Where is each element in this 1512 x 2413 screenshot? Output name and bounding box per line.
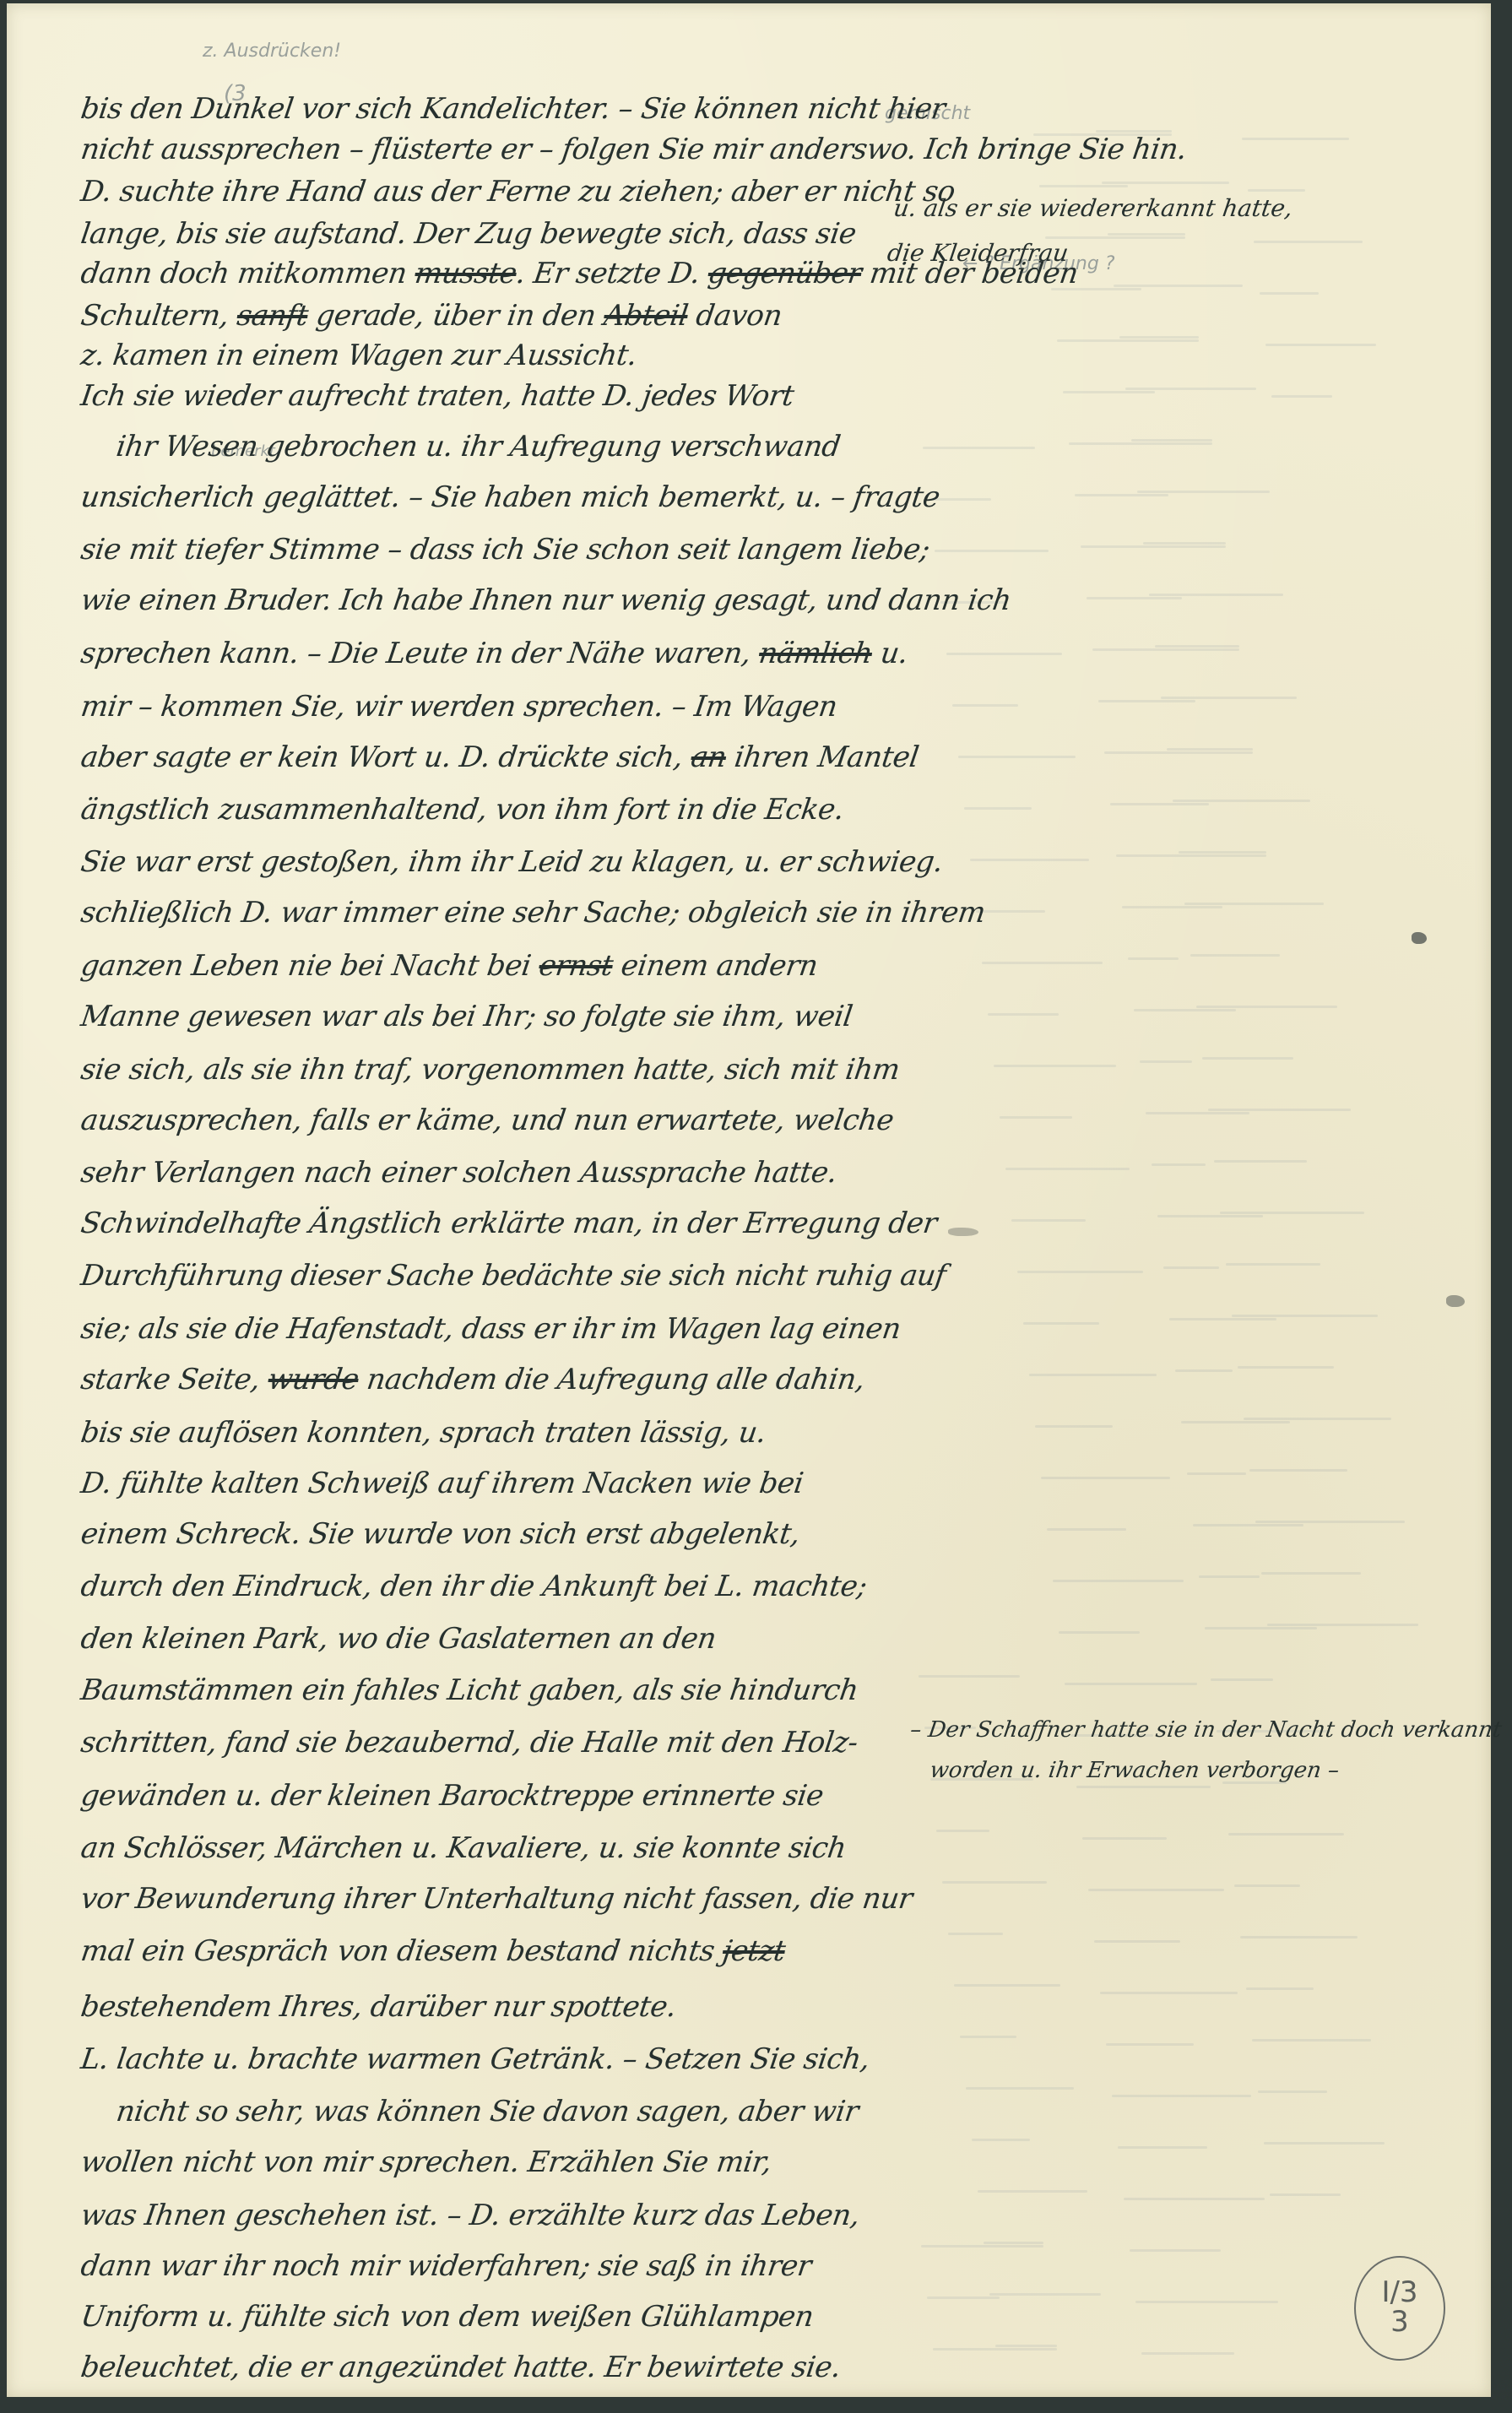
bleed-stroke	[1270, 2193, 1341, 2196]
bleed-stroke	[1143, 542, 1226, 545]
bleed-stroke	[933, 2348, 1057, 2351]
manuscript-line: D. fühlte kalten Schweiß auf ihrem Nacke…	[79, 1469, 805, 1498]
bleed-stroke	[1005, 1168, 1130, 1170]
bleed-stroke	[948, 1933, 1003, 1935]
manuscript-line: dann doch mitkommen musste. Er setzte D.…	[79, 259, 1080, 288]
line-text: an Schlösser, Märchen u. Kavaliere, u. s…	[79, 1831, 848, 1865]
manuscript-line: auszusprechen, falls er käme, und nun er…	[79, 1106, 896, 1135]
folio-sheet: 3	[1390, 2307, 1409, 2338]
ink-blot	[948, 1228, 978, 1236]
bleed-stroke	[989, 2293, 1101, 2296]
bleed-stroke	[978, 2190, 1087, 2193]
bleed-stroke	[1102, 182, 1229, 184]
manuscript-line: ängstlich zusammenhaltend, von ihm fort …	[79, 795, 846, 824]
line-text: davon	[686, 299, 784, 333]
bleed-stroke	[1131, 439, 1212, 442]
bleed-stroke	[982, 962, 1103, 964]
bleed-stroke	[966, 2087, 1074, 2090]
bleed-stroke	[1124, 2198, 1265, 2200]
bleed-stroke	[984, 2242, 1043, 2244]
line-text: Manne gewesen war als bei Ihr; so folgte…	[79, 1000, 854, 1033]
manuscript-line: wollen nicht von mir sprechen. Erzählen …	[79, 2148, 773, 2177]
line-text: mir – kommen Sie, wir werden sprechen. –…	[79, 690, 839, 724]
bleed-stroke	[1041, 1477, 1170, 1479]
line-text: schritten, fand sie bezaubernd, die Hall…	[79, 1726, 859, 1760]
bleed-stroke	[1116, 854, 1266, 857]
bleed-stroke	[1118, 2146, 1207, 2149]
bleed-stroke	[1082, 1837, 1167, 1840]
bleed-stroke	[1065, 1683, 1197, 1685]
bleed-stroke	[1211, 1678, 1273, 1681]
manuscript-line: z. kamen in einem Wagen zur Aussicht.	[79, 341, 639, 370]
bleed-stroke	[919, 1675, 1020, 1678]
manuscript-line: durch den Eindruck, den ihr die Ankunft …	[79, 1572, 869, 1601]
manuscript-line: L. lachte u. brachte warmen Getränk. – S…	[79, 2045, 872, 2074]
line-text: lange, bis sie aufstand. Der Zug bewegte…	[79, 217, 858, 251]
bleed-stroke	[1035, 1425, 1113, 1428]
manuscript-line: einem Schreck. Sie wurde von sich erst a…	[79, 1520, 802, 1548]
manuscript-line: D. suchte ihre Hand aus der Ferne zu zie…	[79, 177, 957, 206]
line-text: sie sich, als sie ihn traf, vorgenommen …	[79, 1053, 902, 1087]
bleed-stroke	[1232, 1315, 1378, 1317]
bleed-stroke	[1149, 594, 1283, 596]
struck-word: an	[689, 740, 729, 774]
line-text: unsicherlich geglättet. – Sie haben mich…	[79, 480, 941, 514]
line-text: ganzen Leben nie bei Nacht bei	[79, 949, 541, 983]
bleed-stroke	[1094, 1940, 1180, 1943]
bleed-stroke	[1228, 1833, 1344, 1836]
manuscript-line: sprechen kann. – Die Leute in der Nähe w…	[79, 639, 910, 668]
bleed-stroke	[1106, 2043, 1194, 2046]
struck-word: jetzt	[720, 1934, 787, 1968]
manuscript-line: starke Seite, wurde nachdem die Aufregun…	[79, 1365, 867, 1394]
bleed-stroke	[1104, 751, 1253, 754]
bleed-stroke	[921, 2245, 1043, 2248]
bleed-stroke	[1141, 2352, 1234, 2355]
bleed-stroke	[1069, 442, 1212, 445]
folio-number: I/3	[1381, 2278, 1417, 2307]
line-text: bis den Dunkel vor sich Kandelichter. – …	[79, 92, 947, 126]
bleed-stroke	[1240, 1936, 1358, 1939]
manuscript-line: Schwindelhafte Ängstlich erklärte man, i…	[79, 1209, 939, 1238]
bleed-stroke	[1088, 1889, 1224, 1891]
bleed-stroke	[1059, 1631, 1140, 1634]
manuscript-line: mal ein Gespräch von diesem bestand nich…	[79, 1937, 787, 1966]
line-text: D. suchte ihre Hand aus der Ferne zu zie…	[79, 175, 957, 209]
bleed-stroke	[1112, 2095, 1251, 2097]
bleed-stroke	[1053, 1580, 1184, 1582]
line-text: einem andern	[610, 949, 820, 983]
line-text: L. lachte u. brachte warmen Getränk. – S…	[79, 2042, 871, 2076]
bleed-stroke	[1267, 1624, 1418, 1626]
bleed-stroke	[1146, 1112, 1249, 1114]
line-text: u.	[870, 637, 910, 670]
line-text: aber sagte er kein Wort u. D. drückte si…	[79, 740, 693, 774]
manuscript-line: ihr Wesen gebrochen u. ihr Aufregung ver…	[115, 432, 843, 461]
line-text: gewänden u. der kleinen Barocktreppe eri…	[79, 1779, 826, 1813]
bleed-stroke	[1163, 1266, 1219, 1269]
bleed-stroke	[1199, 1575, 1260, 1578]
bleed-stroke	[1184, 903, 1324, 905]
manuscript-line: vor Bewunderung ihrer Unterhaltung nicht…	[79, 1884, 914, 1913]
manuscript-line: schließlich D. war immer eine sehr Sache…	[79, 898, 987, 927]
manuscript-line: Sie war erst gestoßen, ihm ihr Leid zu k…	[79, 848, 945, 876]
bleed-stroke	[1167, 748, 1253, 751]
line-text: den kleinen Park, wo die Gaslaternen an …	[79, 1622, 718, 1656]
line-text: dann war ihr noch mir widerfahren; sie s…	[79, 2249, 813, 2283]
bleed-stroke	[970, 859, 1089, 861]
bleed-stroke	[1244, 1418, 1391, 1420]
line-text: auszusprechen, falls er käme, und nun er…	[79, 1103, 896, 1137]
manuscript-line: dann war ihr noch mir widerfahren; sie s…	[79, 2252, 813, 2280]
line-text: beleuchtet, die er angezündet hatte. Er …	[79, 2351, 843, 2384]
bleed-stroke	[1039, 185, 1128, 187]
bleed-stroke	[988, 1013, 1059, 1016]
bleed-stroke	[935, 550, 1049, 552]
bleed-stroke	[1134, 1009, 1236, 1011]
bleed-stroke	[1181, 1421, 1290, 1423]
line-text: ängstlich zusammenhaltend, von ihm fort …	[79, 793, 846, 827]
line-text: Schwindelhafte Ängstlich erklärte man, i…	[79, 1206, 939, 1240]
manuscript-line: wie einen Bruder. Ich habe Ihnen nur wen…	[79, 586, 1013, 615]
manuscript-line: bis den Dunkel vor sich Kandelichter. – …	[79, 95, 947, 123]
bleed-stroke	[1193, 1524, 1303, 1526]
bleed-stroke	[1075, 494, 1168, 496]
manuscript-line: was Ihnen geschehen ist. – D. erzählte k…	[79, 2201, 862, 2230]
line-text: mal ein Gespräch von diesem bestand nich…	[79, 1934, 725, 1968]
line-text: dann doch mitkommen	[79, 257, 417, 290]
line-text: Uniform u. fühlte sich von dem weißen Gl…	[79, 2300, 816, 2334]
ink-blot	[1446, 1295, 1465, 1307]
bleed-stroke	[954, 1984, 1060, 1987]
bleed-stroke	[1076, 1786, 1211, 1788]
manuscript-line: lange, bis sie aufstand. Der Zug bewegte…	[79, 220, 858, 248]
bleed-stroke	[1119, 336, 1199, 339]
line-text: sie mit tiefer Stimme – dass ich Sie sch…	[79, 533, 932, 567]
bleed-stroke	[1092, 648, 1239, 651]
bleed-stroke	[1226, 1263, 1320, 1266]
bleed-stroke	[936, 1830, 989, 1832]
bleed-stroke	[1135, 2301, 1278, 2303]
line-text: wie einen Bruder. Ich habe Ihnen nur wen…	[79, 583, 1013, 617]
line-text: ihr Wesen gebrochen u. ihr Aufregung ver…	[114, 430, 843, 464]
bleed-stroke	[1011, 1219, 1086, 1222]
bleed-stroke	[960, 2036, 1016, 2038]
bleed-stroke	[1114, 285, 1243, 287]
bleed-stroke	[1081, 545, 1226, 548]
manuscript-line: nicht so sehr, was können Sie davon sage…	[115, 2097, 860, 2126]
bleed-stroke	[1169, 1318, 1276, 1320]
bleed-stroke	[1202, 1057, 1293, 1060]
bleed-stroke	[1187, 1472, 1246, 1475]
bleed-stroke	[927, 2296, 1000, 2299]
bleed-stroke	[1242, 138, 1349, 140]
struck-word: ernst	[537, 949, 615, 983]
struck-word: Abteil	[602, 299, 690, 333]
manuscript-line: beleuchtet, die er angezündet hatte. Er …	[79, 2353, 843, 2382]
manuscript-line: sie; als sie die Hafenstadt, dass er ihr…	[79, 1315, 902, 1343]
bleed-stroke	[994, 1065, 1116, 1067]
manuscript-line: Baumstämmen ein fahles Licht gaben, als …	[79, 1676, 860, 1705]
bleed-stroke	[1190, 954, 1280, 957]
bleed-stroke	[1110, 803, 1209, 805]
line-text: Schultern,	[79, 299, 240, 333]
manuscript-line: ganzen Leben nie bei Nacht bei ernst ein…	[79, 952, 820, 980]
line-text: durch den Eindruck, den ihr die Ankunft …	[79, 1570, 869, 1603]
bleed-stroke	[1161, 697, 1297, 699]
line-text: nachdem die Aufregung alle dahin,	[356, 1363, 867, 1396]
line-text: vor Bewunderung ihrer Unterhaltung nicht…	[79, 1882, 914, 1916]
bleed-stroke	[1023, 1322, 1099, 1325]
bleed-stroke	[1029, 1374, 1157, 1376]
bleed-stroke	[942, 1881, 1047, 1884]
line-text: sprechen kann. – Die Leute in der Nähe w…	[79, 637, 761, 670]
bleed-stroke	[1264, 2142, 1385, 2145]
bleed-stroke	[1261, 1572, 1361, 1575]
line-text: Durchführung dieser Sache bedächte sie s…	[79, 1259, 947, 1293]
line-text: Baumstämmen ein fahles Licht gaben, als …	[79, 1673, 860, 1707]
bleed-stroke	[1271, 395, 1332, 398]
manuscript-page: z. Ausdrücken! (3 gemischt ← ? Ergänzung…	[7, 3, 1491, 2397]
line-text: Ich sie wieder aufrecht traten, hatte D.…	[79, 379, 796, 413]
bleed-stroke	[1252, 2039, 1371, 2042]
line-text: nicht so sehr, was können Sie davon sage…	[114, 2095, 860, 2128]
bleed-stroke	[1246, 1987, 1314, 1990]
bleed-stroke	[1249, 1469, 1347, 1472]
manuscript-line: Schultern, sanft gerade, über in den Abt…	[79, 301, 784, 330]
struck-word: gegenüber	[706, 257, 864, 290]
margin-note-2: – Der Schaffner hatte sie in der Nacht d…	[903, 1717, 1504, 1783]
manuscript-line: Manne gewesen war als bei Ihr; so folgte…	[79, 1002, 854, 1031]
bleed-stroke	[1137, 491, 1270, 493]
manuscript-line: Durchführung dieser Sache bedächte sie s…	[79, 1261, 948, 1290]
bleed-stroke	[1248, 189, 1305, 192]
bleed-stroke	[964, 807, 1032, 810]
bleed-stroke	[952, 704, 1018, 707]
bleed-stroke	[1220, 1212, 1364, 1214]
bleed-stroke	[1017, 1271, 1143, 1273]
struck-word: wurde	[266, 1363, 360, 1396]
bleed-stroke	[1063, 391, 1155, 393]
bleed-stroke	[976, 910, 1045, 913]
line-text: Sie war erst gestoßen, ihm ihr Leid zu k…	[79, 845, 945, 879]
manuscript-line: sie mit tiefer Stimme – dass ich Sie sch…	[79, 535, 932, 564]
bleed-stroke	[1265, 344, 1376, 346]
line-text: . Er setzte D.	[514, 257, 711, 290]
bleed-stroke	[1000, 1116, 1072, 1119]
bleed-stroke	[1173, 800, 1310, 802]
folio-stamp: I/3 3	[1354, 2256, 1445, 2361]
line-text: ihren Mantel	[723, 740, 920, 774]
bleed-stroke	[1157, 1215, 1263, 1217]
manuscript-line: sie sich, als sie ihn traf, vorgenommen …	[79, 1055, 902, 1084]
manuscript-line: aber sagte er kein Wort u. D. drückte si…	[79, 743, 921, 772]
struck-word: musste	[413, 257, 518, 290]
line-text: gerade, über in den	[306, 299, 607, 333]
bleed-stroke	[946, 653, 1062, 655]
line-text: sehr Verlangen nach einer solchen Ausspr…	[79, 1156, 839, 1190]
line-text: bestehendem Ihres, darüber nur spottete.	[79, 1990, 678, 2024]
bleed-stroke	[958, 756, 1076, 758]
manuscript-line: den kleinen Park, wo die Gaslaternen an …	[79, 1624, 718, 1653]
bleed-stroke	[1155, 645, 1239, 648]
bleed-stroke	[1087, 597, 1182, 599]
struck-word: nämlich	[757, 637, 875, 670]
bleed-stroke	[1122, 906, 1222, 908]
bleed-stroke	[1125, 388, 1256, 390]
line-text: mit der beiden	[859, 257, 1080, 290]
bleed-stroke	[1098, 700, 1195, 702]
line-text: was Ihnen geschehen ist. – D. erzählte k…	[79, 2199, 861, 2232]
bleed-stroke	[1255, 1521, 1405, 1523]
ink-blot	[1412, 932, 1427, 944]
manuscript-line: bis sie auflösen konnten, sprach traten …	[79, 1418, 768, 1447]
manuscript-line: bestehendem Ihres, darüber nur spottete.	[79, 1993, 678, 2021]
bleed-stroke	[1128, 957, 1179, 960]
manuscript-line: an Schlösser, Märchen u. Kavaliere, u. s…	[79, 1834, 848, 1863]
bleed-stroke	[1047, 1528, 1126, 1531]
bleed-stroke	[1100, 1992, 1238, 1994]
line-text: schließlich D. war immer eine sehr Sache…	[79, 896, 987, 930]
bleed-stroke	[972, 2139, 1030, 2141]
line-text: bis sie auflösen konnten, sprach traten …	[79, 1416, 767, 1450]
line-text: z. kamen in einem Wagen zur Aussicht.	[79, 339, 639, 372]
line-text: D. fühlte kalten Schweiß auf ihrem Nacke…	[79, 1467, 805, 1500]
bleed-stroke	[1130, 2249, 1221, 2252]
line-text: sie; als sie die Hafenstadt, dass er ihr…	[79, 1312, 902, 1346]
bleed-stroke	[1179, 851, 1266, 854]
bleed-stroke	[1260, 292, 1319, 295]
bleed-stroke	[995, 2345, 1057, 2347]
line-text: einem Schreck. Sie wurde von sich erst a…	[79, 1517, 802, 1551]
bleed-stroke	[1057, 339, 1199, 342]
bleed-stroke	[1238, 1366, 1334, 1369]
bleed-stroke	[1234, 1884, 1300, 1887]
manuscript-line: unsicherlich geglättet. – Sie haben mich…	[79, 483, 942, 512]
bleed-stroke	[1208, 1109, 1351, 1111]
bleed-stroke	[1196, 1006, 1337, 1008]
manuscript-line: gewänden u. der kleinen Barocktreppe eri…	[79, 1781, 826, 1810]
line-text: wollen nicht von mir sprechen. Erzählen …	[79, 2145, 773, 2179]
manuscript-line: sehr Verlangen nach einer solchen Ausspr…	[79, 1158, 839, 1187]
line-text: starke Seite,	[79, 1363, 270, 1396]
bleed-stroke	[1205, 1627, 1317, 1629]
manuscript-line: Uniform u. fühlte sich von dem weißen Gl…	[79, 2302, 816, 2331]
manuscript-line: Ich sie wieder aufrecht traten, hatte D.…	[79, 382, 796, 410]
manuscript-line: nicht aussprechen – flüsterte er – folge…	[79, 135, 1189, 164]
bleed-stroke	[1140, 1060, 1192, 1063]
bleed-stroke	[923, 447, 1035, 449]
bleed-stroke	[1175, 1369, 1233, 1372]
manuscript-line: mir – kommen Sie, wir werden sprechen. –…	[79, 692, 839, 721]
bleed-stroke	[1214, 1160, 1307, 1163]
manuscript-line: schritten, fand sie bezaubernd, die Hall…	[79, 1728, 859, 1757]
struck-word: sanft	[235, 299, 310, 333]
line-text: nicht aussprechen – flüsterte er – folge…	[79, 133, 1189, 166]
pencil-note-top: z. Ausdrücken!	[203, 41, 341, 62]
bleed-stroke	[1152, 1163, 1206, 1166]
bleed-stroke	[1258, 2090, 1327, 2093]
